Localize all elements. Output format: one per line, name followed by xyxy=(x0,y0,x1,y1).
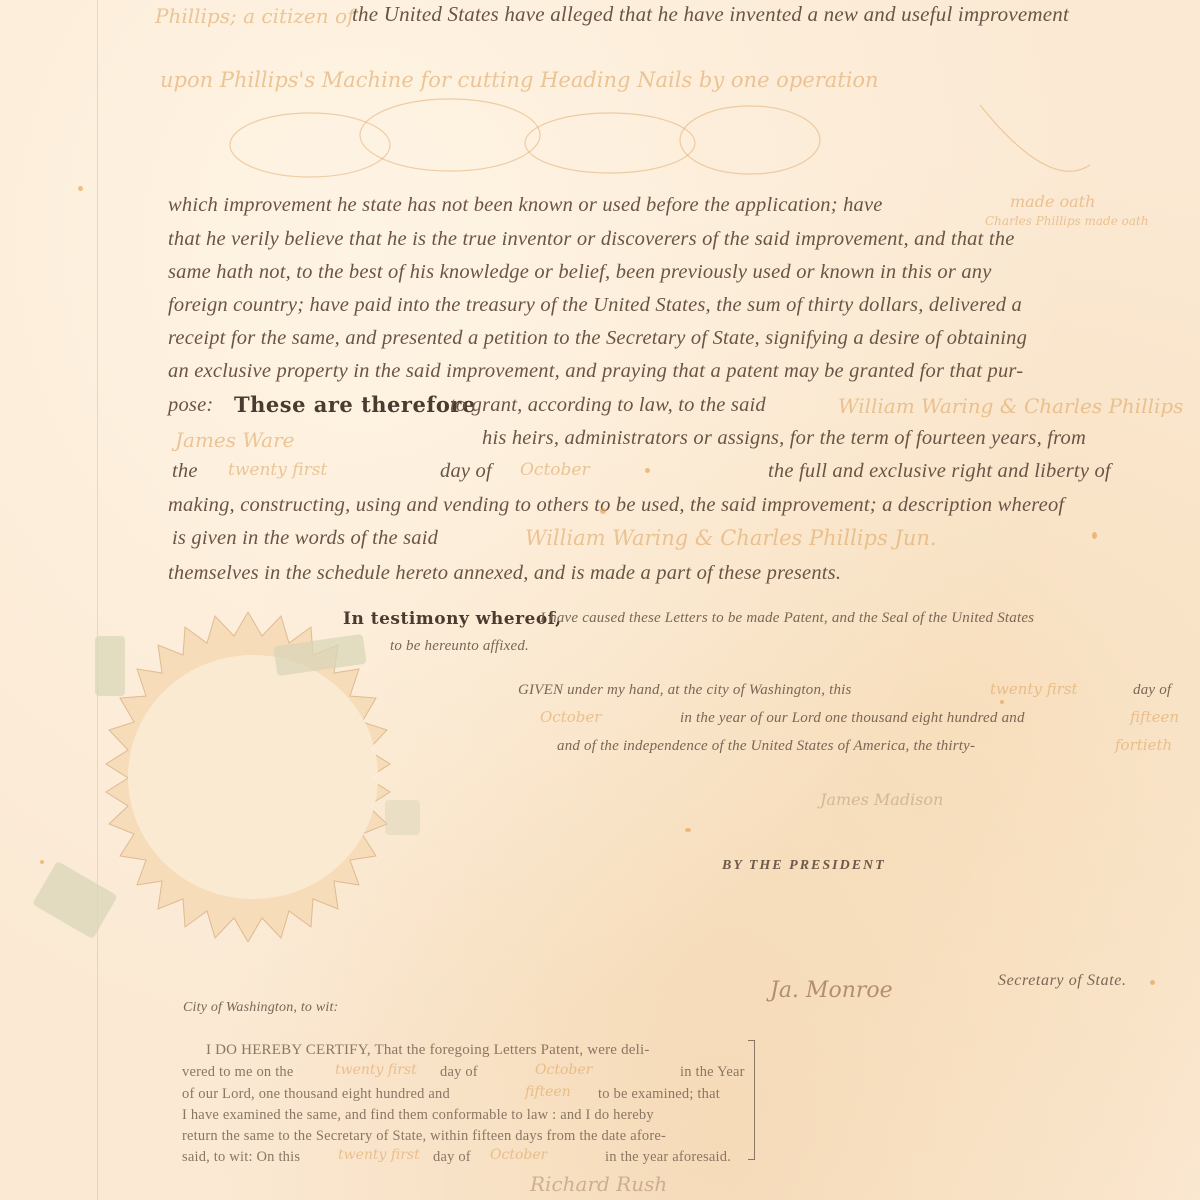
given-line-3: and of the independence of the United St… xyxy=(557,738,975,755)
ribbon-top-left xyxy=(95,636,125,696)
flourish-decoration xyxy=(190,95,1190,185)
stain xyxy=(600,508,606,514)
print-line-1: the United States have alleged that he h… xyxy=(352,2,1069,27)
heirs-text: his heirs, administrators or assigns, fo… xyxy=(482,427,1086,450)
body-line-5: receipt for the same, and presented a pe… xyxy=(168,327,1027,350)
certificate-line-5: return the same to the Secretary of Stat… xyxy=(182,1128,666,1145)
given-words-text: is given in the words of the said xyxy=(172,527,438,550)
paper-fold-line xyxy=(97,0,98,1200)
stain xyxy=(1000,700,1004,704)
handwritten-cert-year: fifteen xyxy=(525,1084,571,1100)
paper-seal xyxy=(78,612,418,942)
certificate-line-6c: in the year aforesaid. xyxy=(605,1149,731,1166)
handwritten-cert-day1: twenty first xyxy=(335,1062,417,1078)
ribbon-right xyxy=(385,800,420,835)
from-the: the xyxy=(172,460,198,483)
making-text: making, constructing, using and vending … xyxy=(168,494,1064,517)
body-line-3: same hath not, to the best of his knowle… xyxy=(168,261,992,284)
stain xyxy=(78,186,83,191)
handwritten-grantee-names: William Waring & Charles Phillips xyxy=(838,394,1183,418)
certificate-line-2c: in the Year xyxy=(680,1064,745,1081)
certificate-line-1: I DO HEREBY CERTIFY, That the foregoing … xyxy=(206,1042,650,1059)
certificate-line-3a: of our Lord, one thousand eight hundred … xyxy=(182,1086,450,1103)
handwritten-independence-year: fortieth xyxy=(1115,736,1172,754)
handwritten-given-day: twenty first xyxy=(990,680,1078,698)
themselves-text: themselves in the schedule hereto annexe… xyxy=(168,562,841,585)
body-line-4: foreign country; have paid into the trea… xyxy=(168,294,1022,317)
certificate-line-4: I have examined the same, and find them … xyxy=(182,1107,654,1124)
right-text: the full and exclusive right and liberty… xyxy=(768,460,1111,483)
handwritten-invention-title: upon Phillips's Machine for cutting Head… xyxy=(160,68,879,92)
certificate-line-3b: to be examined; that xyxy=(598,1086,720,1103)
given-day-of: day of xyxy=(1133,682,1171,699)
certificate-bracket xyxy=(748,1040,755,1160)
president-signature: James Madison xyxy=(820,790,943,809)
handwritten-made-oath: made oath xyxy=(1010,192,1095,211)
grant-blackletter: These are therefore xyxy=(234,392,476,417)
certificate-signature: Richard Rush xyxy=(530,1172,667,1196)
stain xyxy=(685,828,691,832)
day-of: day of xyxy=(440,460,492,483)
handwritten-name-line1: Phillips; a citizen of xyxy=(155,4,354,28)
certificate-line-2a: vered to me on the xyxy=(182,1064,294,1081)
stain xyxy=(40,860,44,864)
handwritten-start-day: twenty first xyxy=(228,460,327,480)
stain xyxy=(1150,980,1155,985)
handwritten-heir-name: James Ware xyxy=(175,428,295,452)
grant-text: to grant, according to law, to the said xyxy=(450,394,766,417)
certificate-line-6a: said, to wit: On this xyxy=(182,1149,300,1166)
certificate-line-2b: day of xyxy=(440,1064,478,1081)
testimony-text: I have caused these Letters to be made P… xyxy=(540,610,1034,627)
handwritten-inventor-names: William Waring & Charles Phillips Jun. xyxy=(525,526,937,550)
stain xyxy=(1092,532,1097,539)
certificate-heading: City of Washington, to wit: xyxy=(183,1000,338,1016)
by-the-president: BY THE PRESIDENT xyxy=(722,858,886,874)
handwritten-cert-month1: October xyxy=(535,1062,592,1078)
certificate-line-6b: day of xyxy=(433,1149,471,1166)
handwritten-cert-month2: October xyxy=(490,1147,547,1163)
given-line-2: in the year of our Lord one thousand eig… xyxy=(680,710,1025,727)
handwritten-cert-day2: twenty first xyxy=(338,1147,420,1163)
grant-prefix: pose: xyxy=(168,394,213,417)
handwritten-given-year: fifteen xyxy=(1130,708,1179,726)
handwritten-oath-note: Charles Phillips made oath xyxy=(985,214,1149,228)
handwritten-given-month: October xyxy=(540,708,601,726)
body-line-2: that he verily believe that he is the tr… xyxy=(168,228,1015,251)
handwritten-start-month: October xyxy=(520,460,590,480)
stain xyxy=(645,468,650,473)
secretary-of-state-label: Secretary of State. xyxy=(998,972,1127,990)
body-line-6: an exclusive property in the said improv… xyxy=(168,360,1023,383)
secretary-signature: Ja. Monroe xyxy=(770,978,893,1003)
given-line-1: GIVEN under my hand, at the city of Wash… xyxy=(518,682,852,699)
body-line-1: which improvement he state has not been … xyxy=(168,194,883,217)
